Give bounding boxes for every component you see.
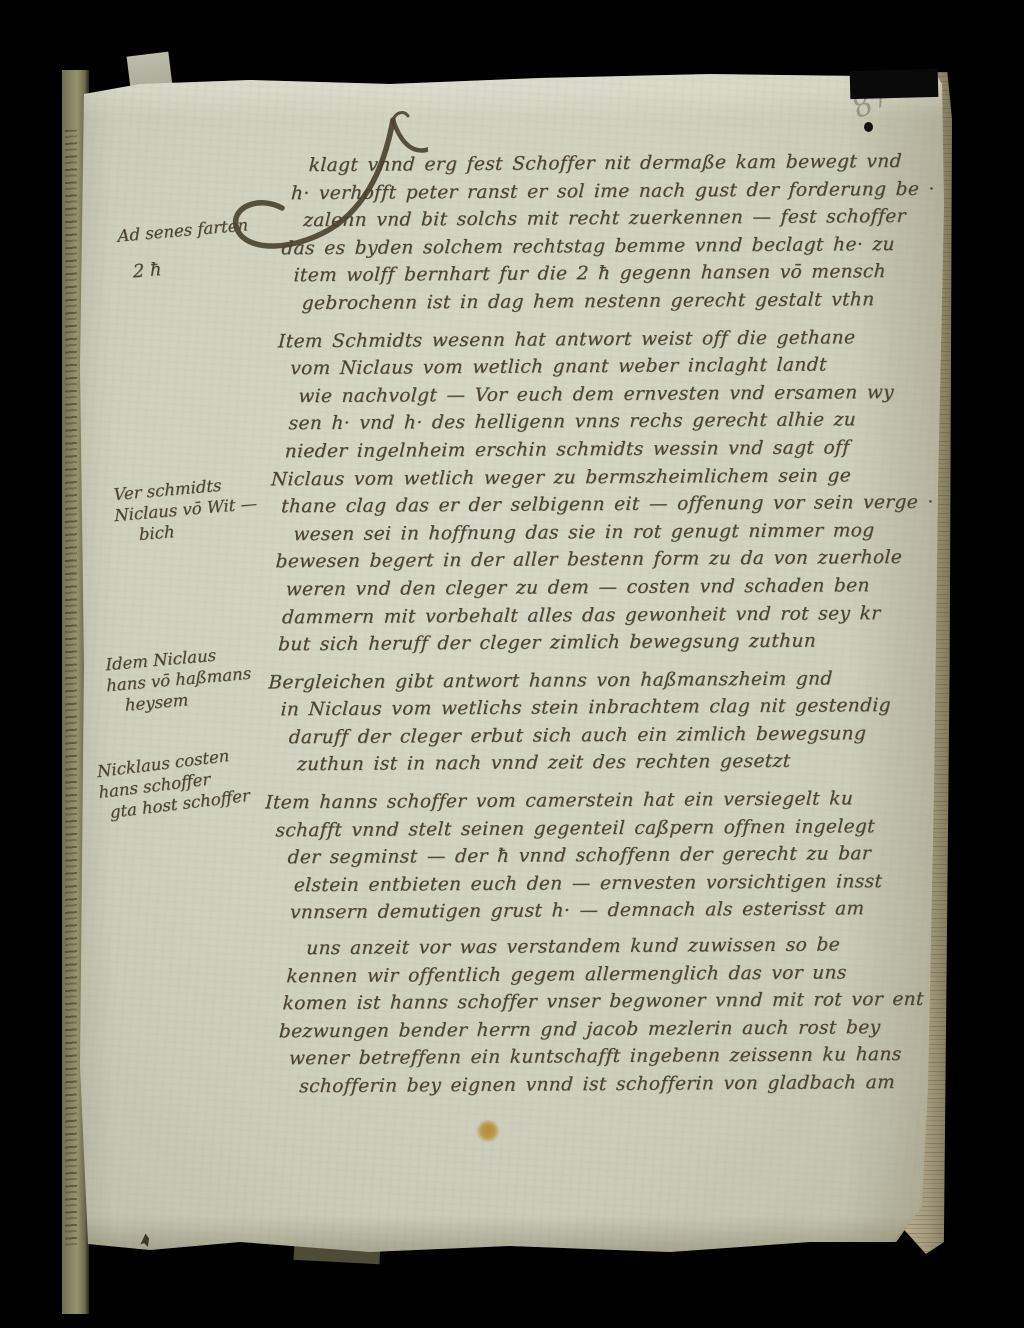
manuscript-page: 87 klagt vnnd erg fest Schoffer nit derm… (70, 66, 952, 1262)
manuscript-line: komen ist hanns schoffer vnser begwoner … (282, 986, 949, 1018)
manuscript-line: vnnsern demutigen grust h· — demnach als… (289, 895, 948, 927)
manuscript-line: zuthun ist in nach vnnd zeit des rechten… (296, 747, 947, 779)
manuscript-line: weren vnd den cleger zu dem — costen vnd… (285, 572, 946, 604)
ink-blot (140, 1233, 151, 1247)
manuscript-line: but sich heruff der cleger zimlich beweg… (278, 627, 947, 659)
black-label-strip (850, 69, 939, 99)
punch-hole (864, 122, 873, 132)
manuscript-line: gebrochenn ist in dag hem nestenn gerech… (301, 286, 944, 318)
paper-stain (476, 1120, 500, 1142)
manuscript-line: zalenn vnd bit solchs mit recht zuerkenn… (303, 203, 944, 235)
manuscript-line: schofferin bey eignen vnnd ist schofferi… (299, 1069, 950, 1101)
manuscript-line: vom Niclaus vom wetlich gnant weber incl… (290, 351, 945, 383)
margin-note-4: Nicklaus costenhans schoffergta host sch… (96, 743, 250, 824)
margin-note-3: Idem Niclaushans vō haßmansheysem (105, 642, 252, 718)
manuscript-scan: 87 klagt vnnd erg fest Schoffer nit derm… (0, 0, 1024, 1328)
manuscript-line: in Niclaus vom wetlichs stein inbrachtem… (280, 692, 947, 724)
bottom-edge-shadow (70, 1216, 952, 1262)
margin-note-line: Ad senes farten (117, 214, 248, 246)
previous-page-text-fragments (65, 130, 77, 1250)
margin-note-2: Ver schmidtsNiclaus vō Wit —bich (113, 472, 258, 548)
manuscript-line: klagt vnnd erg fest Schoffer nit dermaße… (308, 148, 943, 180)
manuscript-line: Item hanns schoffer vom camerstein hat e… (265, 785, 948, 817)
margin-note-1: Ad senes farten2 ħ (117, 214, 249, 283)
manuscript-line: thane clag das er der selbigenn eit — of… (281, 489, 946, 521)
manuscript-line: nieder ingelnheim erschin schmidts wessi… (284, 434, 945, 466)
body-text: klagt vnnd erg fest Schoffer nit dermaße… (275, 148, 950, 1101)
manuscript-line: der segminst — der ħ vnnd schoffenn der … (287, 840, 948, 872)
manuscript-line: uns anzeit vor was verstandem kund zuwis… (306, 931, 949, 963)
